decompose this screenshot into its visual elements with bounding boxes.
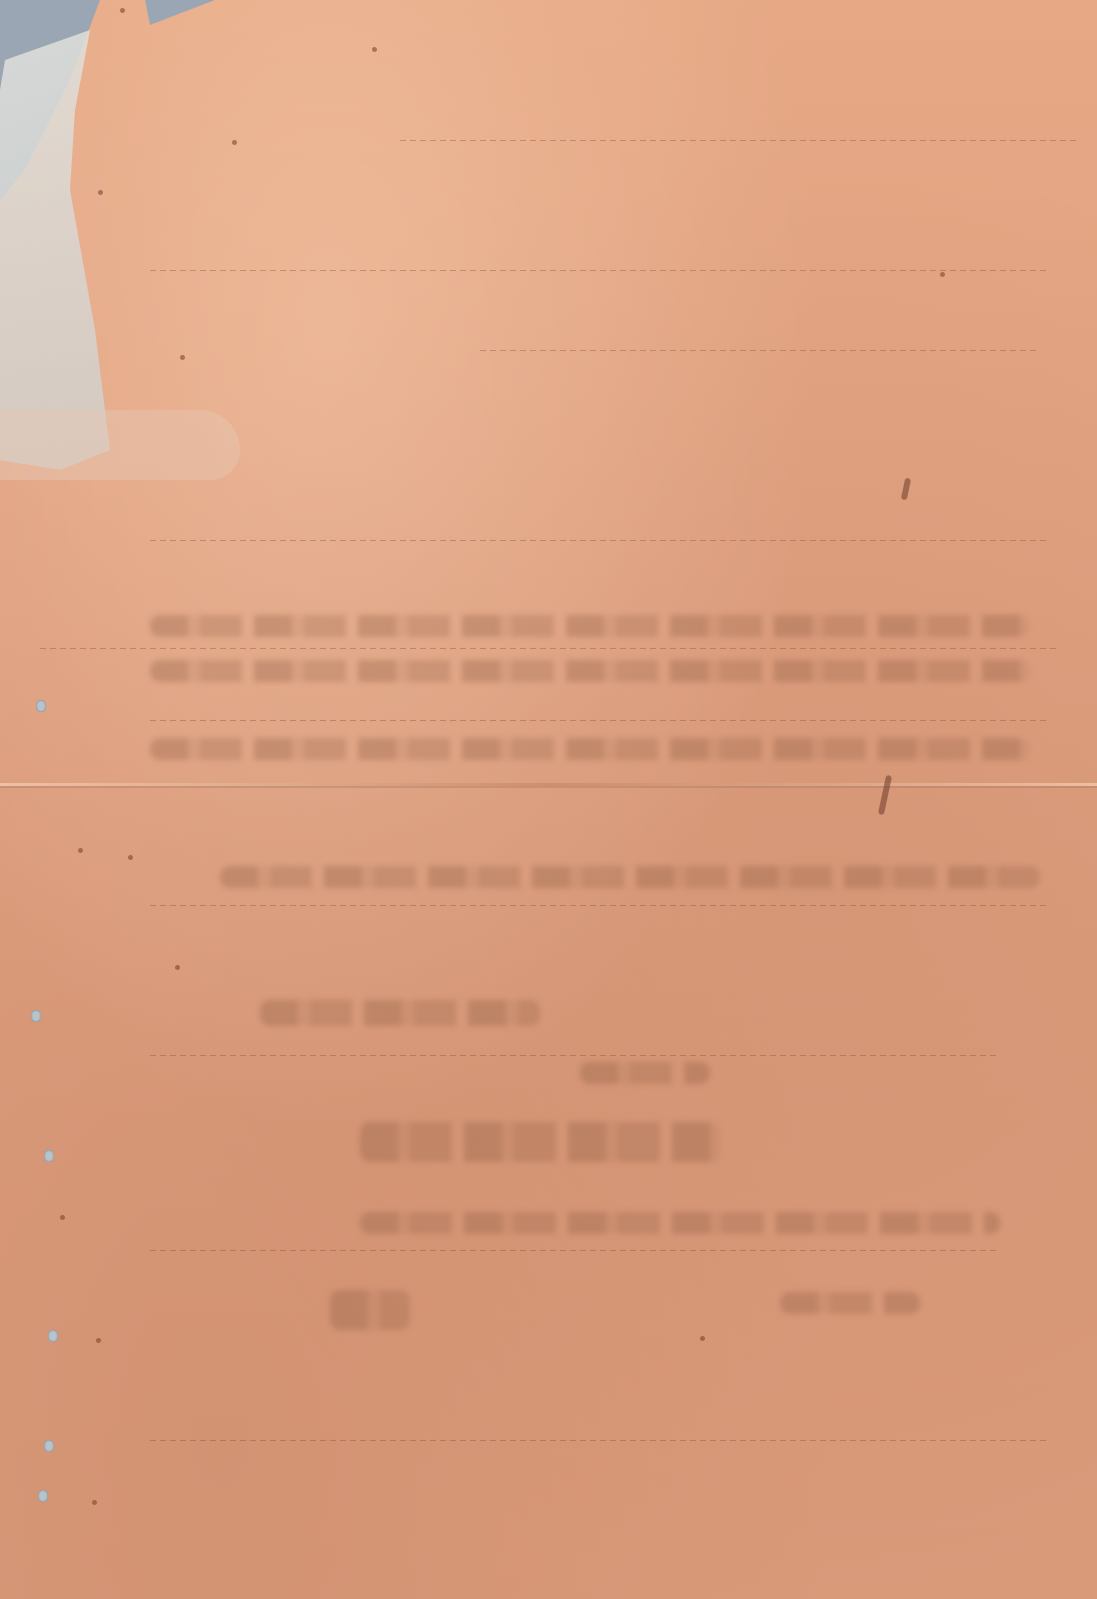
- binding-hole: [36, 700, 46, 712]
- ink-bleed-through: [150, 738, 1030, 760]
- ruled-line: [40, 648, 1060, 649]
- ink-bleed-through: [360, 1212, 1000, 1234]
- foxing-spot: [940, 272, 945, 277]
- ruled-line: [150, 1250, 1000, 1251]
- binding-hole: [48, 1330, 58, 1342]
- ruled-line: [150, 540, 1050, 541]
- ink-mark: [901, 478, 911, 501]
- ruled-line: [400, 140, 1080, 141]
- ink-bleed-through: [580, 1062, 710, 1084]
- fold-shadow: [0, 786, 1097, 788]
- ruled-line: [150, 720, 1050, 721]
- document-note: Only faint ink bleed-through from the re…: [0, 0, 1, 1]
- document-type: aged handwritten letter page (verso / bl…: [0, 0, 1, 1]
- ink-bleed-through: [220, 866, 1040, 888]
- foxing-spot: [232, 140, 237, 145]
- ink-bleed-through: [360, 1122, 720, 1162]
- foxing-spot: [372, 47, 377, 52]
- foxing-spot: [92, 1500, 97, 1505]
- foxing-spot: [175, 965, 180, 970]
- ink-bleed-through: [150, 660, 1030, 682]
- document-page: aged handwritten letter page (verso / bl…: [0, 0, 1097, 1599]
- ink-bleed-through: [150, 615, 1030, 637]
- binding-hole: [44, 1150, 54, 1162]
- ruled-line: [150, 905, 1050, 906]
- ruled-line: [480, 350, 1040, 351]
- ruled-line: [150, 1055, 1000, 1056]
- binding-hole: [31, 1010, 41, 1022]
- foxing-spot: [700, 1336, 705, 1341]
- ink-bleed-through: [780, 1292, 920, 1314]
- foxing-spot: [78, 848, 83, 853]
- ink-mark: [878, 775, 892, 815]
- foxing-spot: [96, 1338, 101, 1343]
- foxing-spot: [120, 8, 125, 13]
- foxing-spot: [180, 355, 185, 360]
- foxing-spot: [60, 1215, 65, 1220]
- foxing-spot: [128, 855, 133, 860]
- ink-bleed-through: [260, 1000, 540, 1026]
- tape-residue: [0, 410, 240, 480]
- binding-hole: [38, 1490, 48, 1502]
- foxing-spot: [98, 190, 103, 195]
- ruled-line: [150, 270, 1050, 271]
- binding-hole: [44, 1440, 54, 1452]
- ruled-line: [150, 1440, 1050, 1441]
- ink-bleed-through: [330, 1290, 410, 1330]
